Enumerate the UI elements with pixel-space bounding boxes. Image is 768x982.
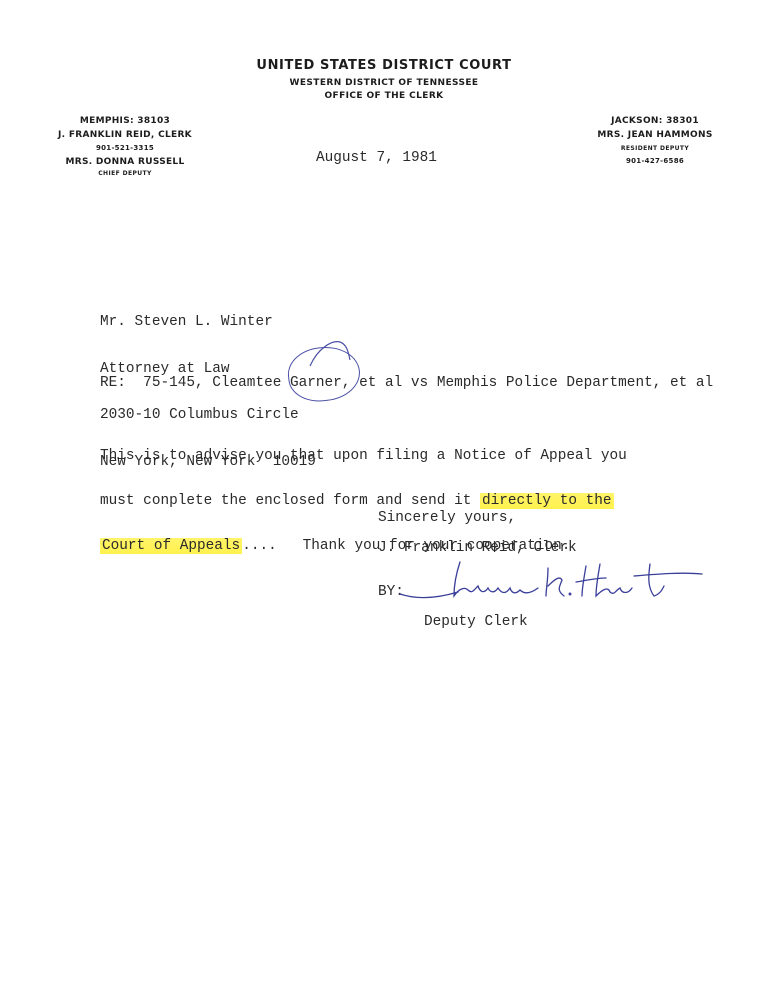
court-name: UNITED STATES DISTRICT COURT bbox=[0, 58, 768, 73]
memphis-office-block: MEMPHIS: 38103 J. FRANKLIN REID, CLERK 9… bbox=[40, 114, 210, 179]
jackson-office-block: JACKSON: 38301 MRS. JEAN HAMMONS RESIDEN… bbox=[580, 114, 730, 168]
jackson-city: JACKSON: 38301 bbox=[580, 114, 730, 128]
district-name: WESTERN DISTRICT OF TENNESSEE bbox=[0, 78, 768, 88]
body-line-2-text: must conplete the enclosed form and send… bbox=[100, 493, 480, 509]
salutation: Sincerely yours, bbox=[378, 510, 516, 526]
highlight-court-of-appeals: Court of Appeals bbox=[100, 538, 242, 554]
re-line: RE: 75-145, Cleamtee Garner, et al vs Me… bbox=[100, 375, 713, 391]
memphis-phone: 901-521-3315 bbox=[40, 142, 210, 155]
signer-name: J. Franklin Reid, Clerk bbox=[378, 540, 577, 556]
office-name: OFFICE OF THE CLERK bbox=[0, 91, 768, 101]
re-prefix: RE: 75-145, Cleamtee bbox=[100, 375, 290, 391]
highlight-directly: directly to the bbox=[480, 493, 614, 509]
memphis-clerk: J. FRANKLIN REID, CLERK bbox=[40, 128, 210, 142]
ink-loop-annotation bbox=[300, 338, 360, 368]
recipient-name: Mr. Steven L. Winter bbox=[100, 315, 316, 331]
jackson-phone: 901-427-6586 bbox=[580, 155, 730, 168]
jackson-deputy: MRS. JEAN HAMMONS bbox=[580, 128, 730, 142]
re-suffix: , et al vs Memphis Police Department, et… bbox=[342, 375, 713, 391]
body-line-2: must conplete the enclosed form and send… bbox=[100, 494, 627, 509]
letter-date: August 7, 1981 bbox=[316, 150, 437, 166]
memphis-deputy: MRS. DONNA RUSSELL bbox=[40, 155, 210, 169]
body-line-1: This is to advise you that upon filing a… bbox=[100, 449, 627, 464]
jackson-deputy-title: RESIDENT DEPUTY bbox=[580, 142, 730, 155]
signer-title: Deputy Clerk bbox=[424, 614, 528, 630]
signature-ink bbox=[398, 556, 708, 606]
memphis-city: MEMPHIS: 38103 bbox=[40, 114, 210, 128]
memphis-deputy-title: CHIEF DEPUTY bbox=[40, 169, 210, 179]
